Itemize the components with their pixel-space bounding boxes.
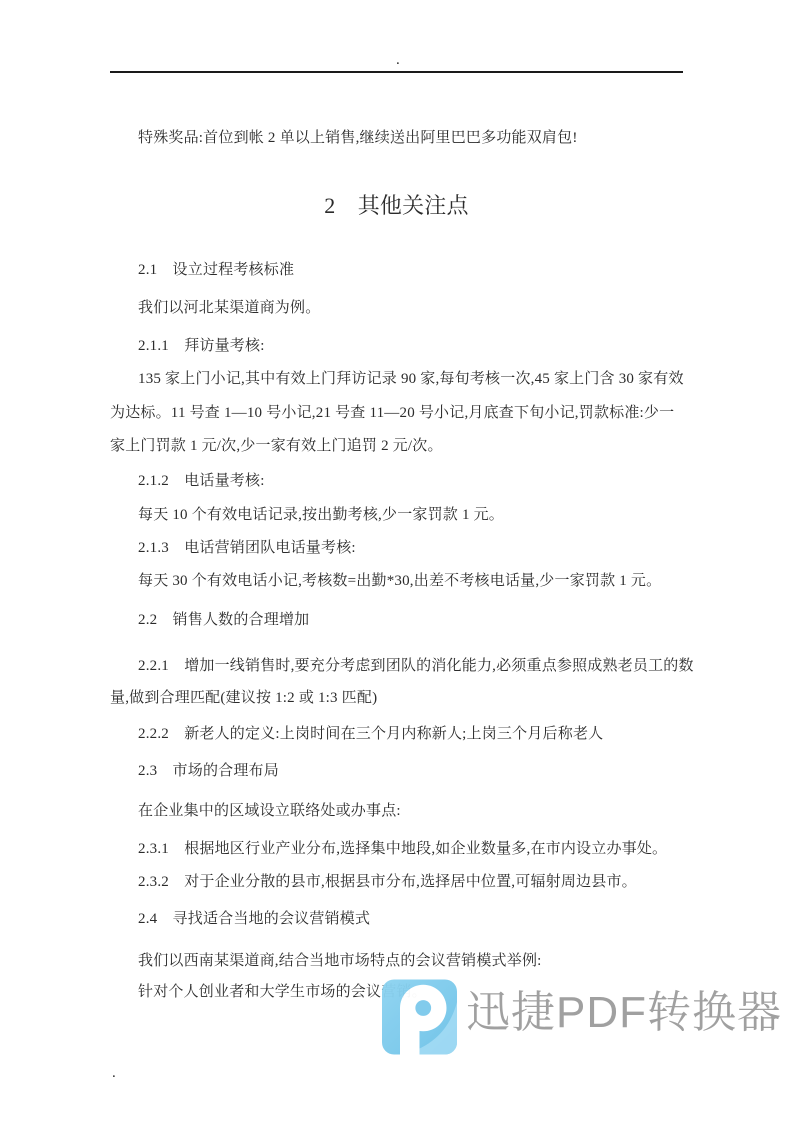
text-line: 135 家上门小记,其中有效上门拜访记录 90 家,每旬考核一次,45 家上门含… [138,371,684,388]
text-line: 我们以河北某渠道商为例。 [138,300,320,317]
text-line: 家上门罚款 1 元/次,少一家有效上门追罚 2 元/次。 [110,438,443,455]
text-line: 2.1.2 电话量考核: [138,473,265,490]
stray-period-bottom: . [112,1066,116,1081]
text-line: 为达标。11 号查 1—10 号小记,21 号查 11—20 号小记,月底查下旬… [110,405,674,422]
watermark-brand-text: 迅捷PDF转换器 [466,991,782,1035]
text-line: 2.2.1 增加一线销售时,要充分考虑到团队的消化能力,必须重点参照成熟老员工的… [138,658,694,675]
text-line: 2.1.3 电话营销团队电话量考核: [138,540,356,557]
text-line: 2.2.2 新老人的定义:上岗时间在三个月内称新人;上岗三个月后称老人 [138,726,603,743]
text-line: 每天 10 个有效电话记录,按出勤考核,少一家罚款 1 元。 [138,507,504,524]
document-page: . 特殊奖品:首位到帐 2 单以上销售,继续送出阿里巴巴多功能双肩包!2 其他关… [0,0,793,1122]
text-line: 特殊奖品:首位到帐 2 单以上销售,继续送出阿里巴巴多功能双肩包! [138,130,578,147]
text-line: 2.3 市场的合理布局 [138,763,279,780]
text-line: 我们以西南某渠道商,结合当地市场特点的会议营销模式举例: [138,953,542,970]
text-line: 在企业集中的区域设立联络处或办事点: [138,803,401,820]
pdf-converter-logo-icon [382,977,457,1057]
text-line: 2.3.1 根据地区行业产业分布,选择集中地段,如企业数量多,在市内设立办事处。 [138,841,667,858]
text-line: 量,做到合理匹配(建议按 1:2 或 1:3 匹配) [110,690,377,707]
text-line: 2.2 销售人数的合理增加 [138,612,309,629]
text-line: 每天 30 个有效电话小记,考核数=出勤*30,出差不考核电话量,少一家罚款 1… [138,573,661,590]
section-heading: 2 其他关注点 [0,194,793,218]
document-body: 特殊奖品:首位到帐 2 单以上销售,继续送出阿里巴巴多功能双肩包!2 其他关注点… [0,0,793,1122]
watermark: 迅捷PDF转换器 [382,977,457,1057]
text-line: 2.4 寻找适合当地的会议营销模式 [138,911,370,928]
text-line: 2.1.1 拜访量考核: [138,338,265,355]
text-line: 2.3.2 对于企业分散的县市,根据县市分布,选择居中位置,可辐射周边县市。 [138,874,637,891]
text-line: 2.1 设立过程考核标准 [138,262,294,279]
